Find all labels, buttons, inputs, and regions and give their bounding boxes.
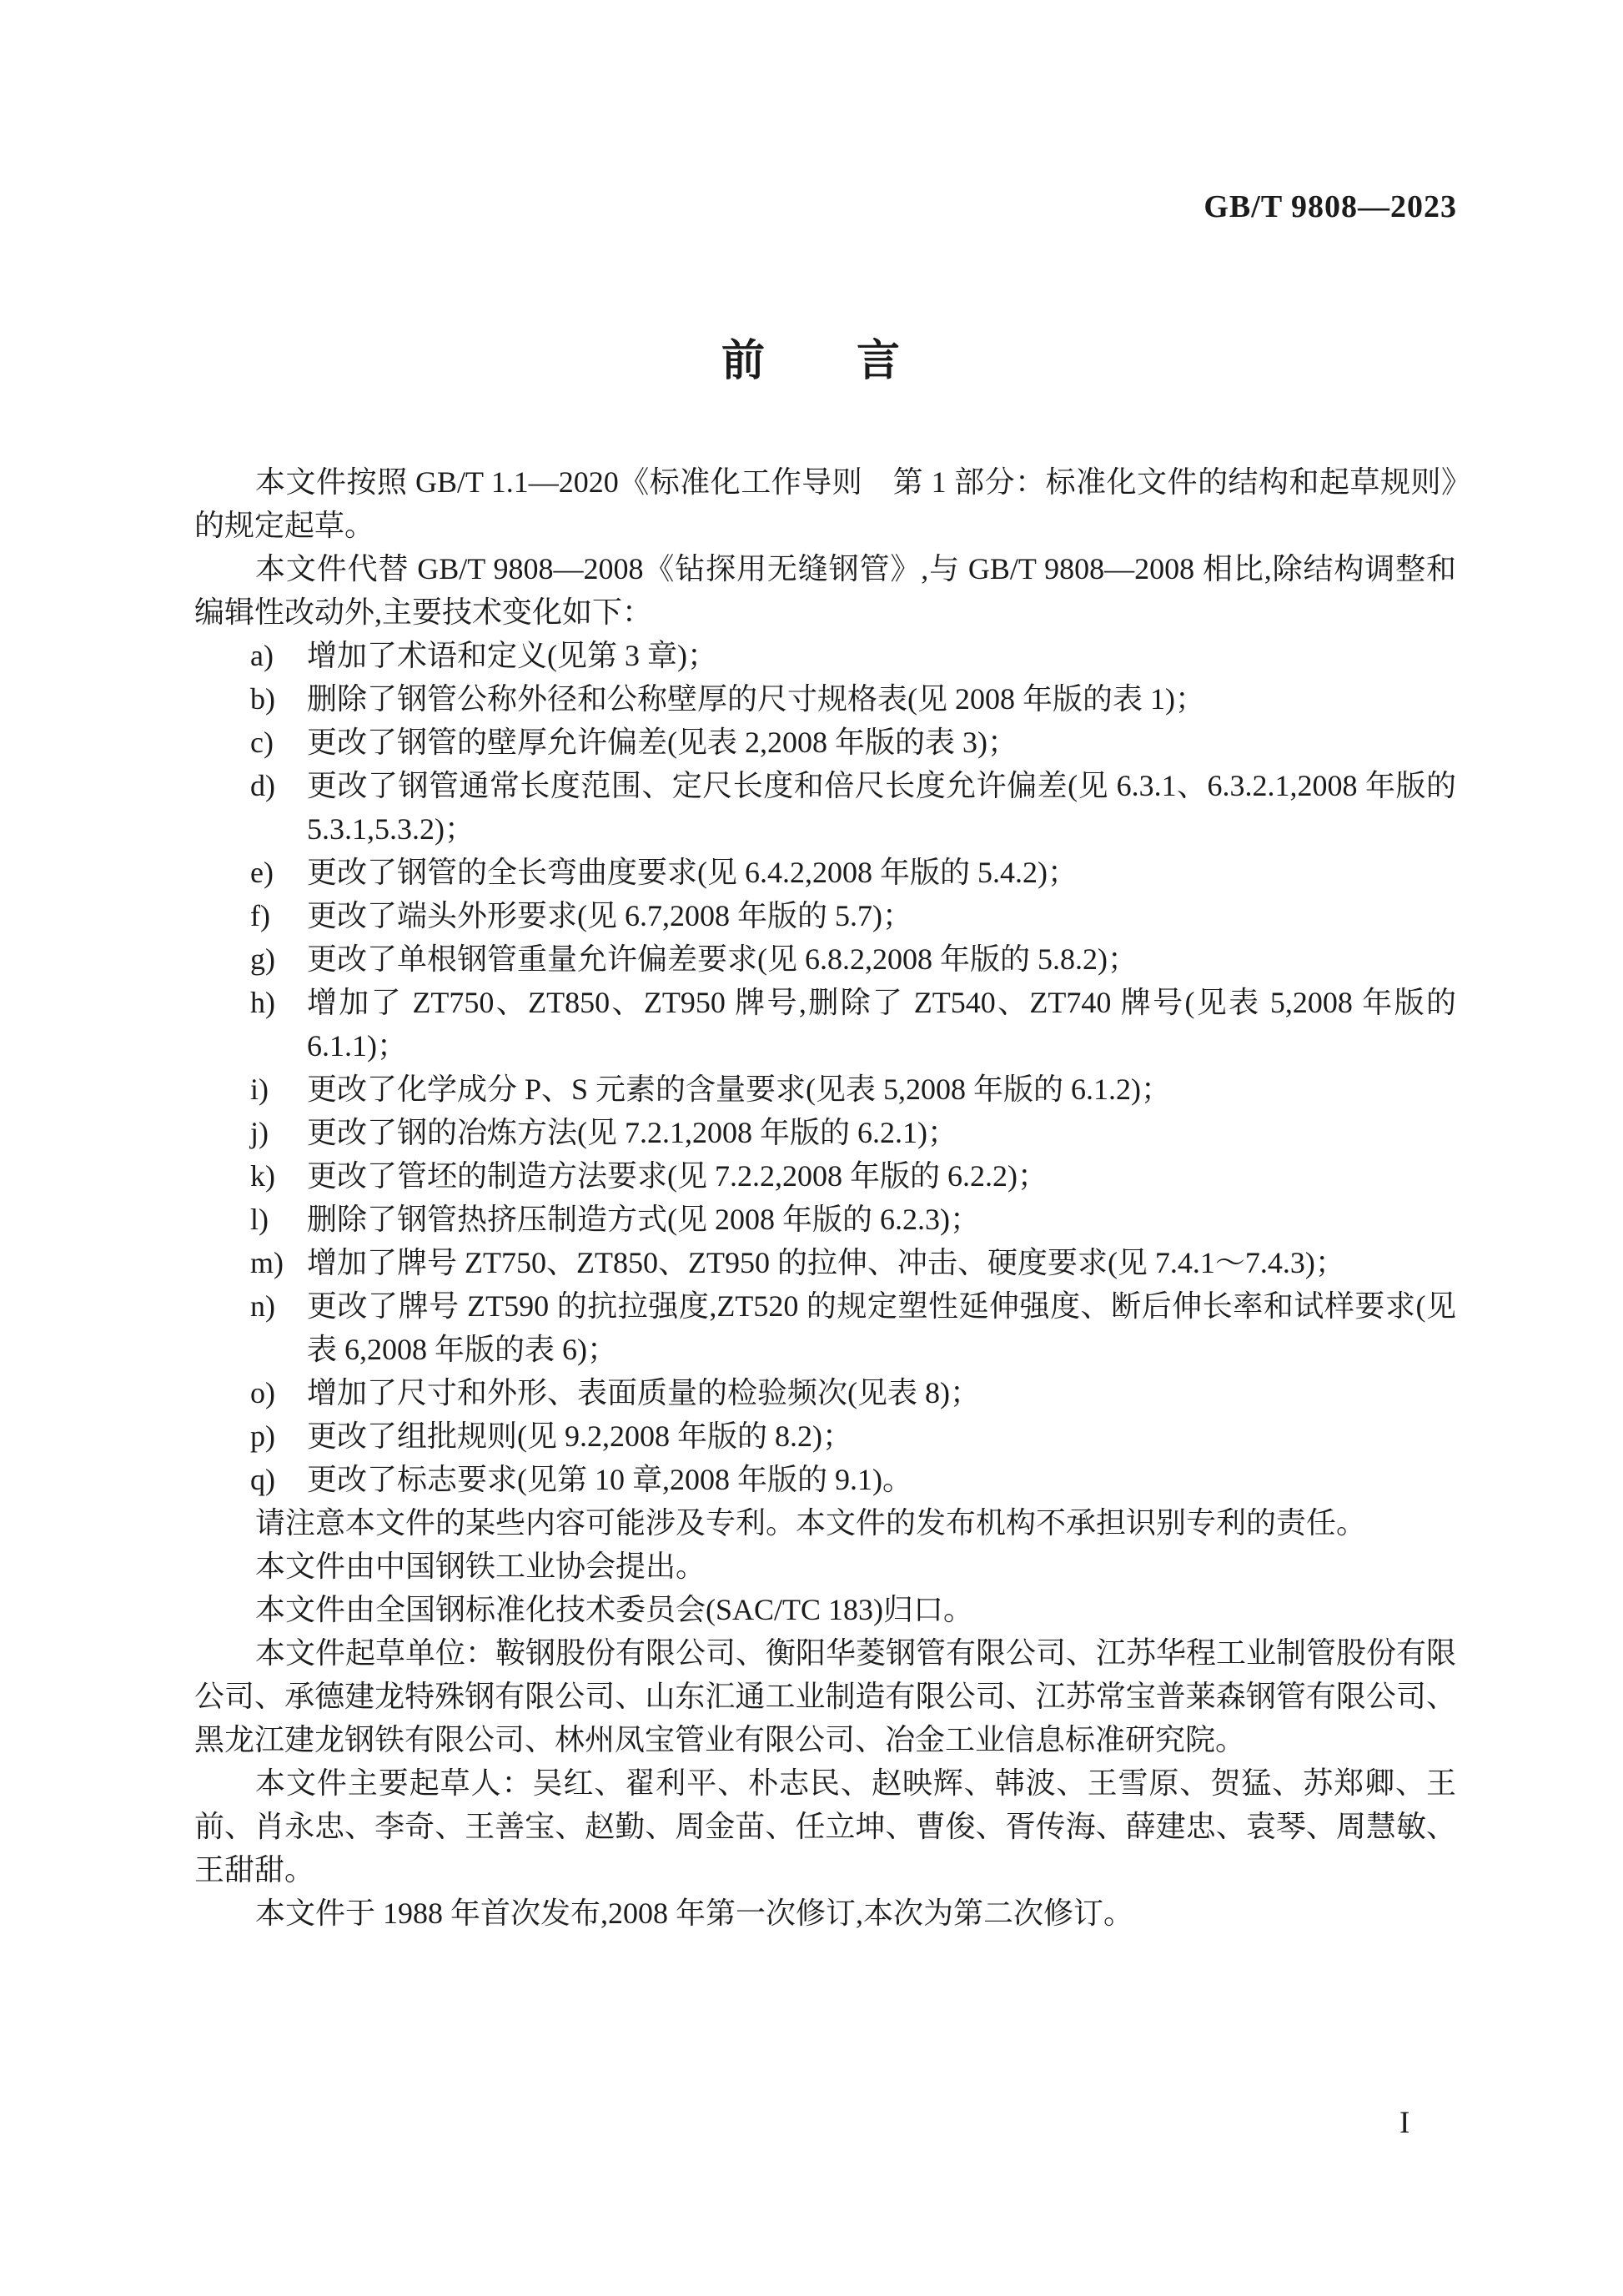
change-item-marker: h) [250, 981, 275, 1024]
change-item: i) 更改了化学成分 P、S 元素的含量要求(见表 5,2008 年版的 6.1… [194, 1068, 1456, 1111]
change-item: b) 删除了钢管公称外径和公称壁厚的尺寸规格表(见 2008 年版的表 1)； [194, 677, 1456, 721]
change-item: p) 更改了组批规则(见 9.2,2008 年版的 8.2)； [194, 1414, 1456, 1458]
change-item-marker: c) [250, 721, 274, 764]
change-item-marker: g) [250, 937, 275, 981]
change-item: l) 删除了钢管热挤压制造方式(见 2008 年版的 6.2.3)； [194, 1198, 1456, 1241]
change-item-marker: m) [250, 1241, 284, 1284]
change-item-text: 增加了牌号 ZT750、ZT850、ZT950 的拉伸、冲击、硬度要求(见 7.… [307, 1246, 1345, 1279]
foreword-paragraph: 本文件按照 GB/T 1.1—2020《标准化工作导则 第 1 部分：标准化文件… [194, 460, 1456, 547]
change-item-text: 更改了端头外形要求(见 6.7,2008 年版的 5.7)； [307, 899, 912, 932]
change-item-text: 更改了管坯的制造方法要求(见 7.2.2,2008 年版的 6.2.2)； [307, 1159, 1048, 1193]
change-item: j) 更改了钢的冶炼方法(见 7.2.1,2008 年版的 6.2.1)； [194, 1111, 1456, 1154]
change-item: h) 增加了 ZT750、ZT850、ZT950 牌号,删除了 ZT540、ZT… [194, 981, 1456, 1068]
change-item: d) 更改了钢管通常长度范围、定尺长度和倍尺长度允许偏差(见 6.3.1、6.3… [194, 764, 1456, 851]
change-item-text: 更改了钢管的全长弯曲度要求(见 6.4.2,2008 年版的 5.4.2)； [307, 856, 1078, 889]
change-item-marker: q) [250, 1458, 275, 1501]
change-item-marker: n) [250, 1284, 275, 1328]
change-item: a) 增加了术语和定义(见第 3 章)； [194, 634, 1456, 677]
change-item-text: 更改了钢管通常长度范围、定尺长度和倍尺长度允许偏差(见 6.3.1、6.3.2.… [307, 769, 1456, 846]
change-item-marker: b) [250, 677, 275, 721]
change-item-text: 更改了组批规则(见 9.2,2008 年版的 8.2)； [307, 1419, 852, 1453]
change-item: c) 更改了钢管的壁厚允许偏差(见表 2,2008 年版的表 3)； [194, 721, 1456, 764]
change-item: o) 增加了尺寸和外形、表面质量的检验频次(见表 8)； [194, 1371, 1456, 1414]
foreword-paragraph: 本文件代替 GB/T 9808—2008《钻探用无缝钢管》,与 GB/T 980… [194, 547, 1456, 634]
change-item-text: 增加了尺寸和外形、表面质量的检验频次(见表 8)； [307, 1376, 980, 1409]
change-item-text: 删除了钢管热挤压制造方式(见 2008 年版的 6.2.3)； [307, 1203, 980, 1236]
change-item-text: 更改了钢的冶炼方法(见 7.2.1,2008 年版的 6.2.1)； [307, 1116, 957, 1149]
change-item-marker: d) [250, 764, 275, 807]
change-item-marker: f) [250, 894, 270, 937]
change-item: g) 更改了单根钢管重量允许偏差要求(见 6.8.2,2008 年版的 5.8.… [194, 937, 1456, 981]
change-item: f) 更改了端头外形要求(见 6.7,2008 年版的 5.7)； [194, 894, 1456, 937]
change-item-text: 增加了 ZT750、ZT850、ZT950 牌号,删除了 ZT540、ZT740… [307, 986, 1456, 1063]
change-item-marker: j) [250, 1111, 269, 1154]
change-item-marker: k) [250, 1154, 275, 1198]
change-item: q) 更改了标志要求(见第 10 章,2008 年版的 9.1)。 [194, 1458, 1456, 1501]
foreword-paragraph: 本文件由全国钢标准化技术委员会(SAC/TC 183)归口。 [194, 1588, 1456, 1631]
change-item-text: 删除了钢管公称外径和公称壁厚的尺寸规格表(见 2008 年版的表 1)； [307, 682, 1205, 716]
page-title: 前 言 [0, 325, 1623, 388]
change-item-text: 更改了牌号 ZT590 的抗拉强度,ZT520 的规定塑性延伸强度、断后伸长率和… [307, 1289, 1456, 1366]
foreword-paragraph: 本文件由中国钢铁工业协会提出。 [194, 1545, 1456, 1588]
foreword-paragraph: 请注意本文件的某些内容可能涉及专利。本文件的发布机构不承担识别专利的责任。 [194, 1501, 1456, 1545]
change-item-marker: l) [250, 1198, 269, 1241]
doc-number: GB/T 9808—2023 [1203, 188, 1457, 225]
change-item-text: 增加了术语和定义(见第 3 章)； [307, 639, 717, 672]
change-item-text: 更改了标志要求(见第 10 章,2008 年版的 9.1)。 [307, 1463, 912, 1496]
change-item-text: 更改了钢管的壁厚允许偏差(见表 2,2008 年版的表 3)； [307, 726, 1018, 759]
change-item-marker: p) [250, 1414, 275, 1458]
change-item: m) 增加了牌号 ZT750、ZT850、ZT950 的拉伸、冲击、硬度要求(见… [194, 1241, 1456, 1284]
page-number: I [1399, 2105, 1409, 2141]
foreword-content: 本文件按照 GB/T 1.1—2020《标准化工作导则 第 1 部分：标准化文件… [194, 460, 1456, 1935]
foreword-paragraph: 本文件主要起草人：吴红、翟利平、朴志民、赵映辉、韩波、王雪原、贺猛、苏郑卿、王前… [194, 1761, 1456, 1892]
change-item-marker: e) [250, 851, 274, 894]
change-item: k) 更改了管坯的制造方法要求(见 7.2.2,2008 年版的 6.2.2)； [194, 1154, 1456, 1198]
change-item: e) 更改了钢管的全长弯曲度要求(见 6.4.2,2008 年版的 5.4.2)… [194, 851, 1456, 894]
change-item-marker: a) [250, 634, 274, 677]
foreword-paragraph: 本文件起草单位：鞍钢股份有限公司、衡阳华菱钢管有限公司、江苏华程工业制管股份有限… [194, 1631, 1456, 1761]
document-page: GB/T 9808—2023 前 言 本文件按照 GB/T 1.1—2020《标… [0, 0, 1623, 2296]
change-item: n) 更改了牌号 ZT590 的抗拉强度,ZT520 的规定塑性延伸强度、断后伸… [194, 1284, 1456, 1371]
change-item-marker: i) [250, 1068, 269, 1111]
change-item-marker: o) [250, 1371, 275, 1414]
change-item-text: 更改了单根钢管重量允许偏差要求(见 6.8.2,2008 年版的 5.8.2)； [307, 942, 1138, 976]
changes-list: a) 增加了术语和定义(见第 3 章)； b) 删除了钢管公称外径和公称壁厚的尺… [194, 634, 1456, 1501]
foreword-paragraph: 本文件于 1988 年首次发布,2008 年第一次修订,本次为第二次修订。 [194, 1892, 1456, 1935]
change-item-text: 更改了化学成分 P、S 元素的含量要求(见表 5,2008 年版的 6.1.2)… [307, 1073, 1171, 1106]
